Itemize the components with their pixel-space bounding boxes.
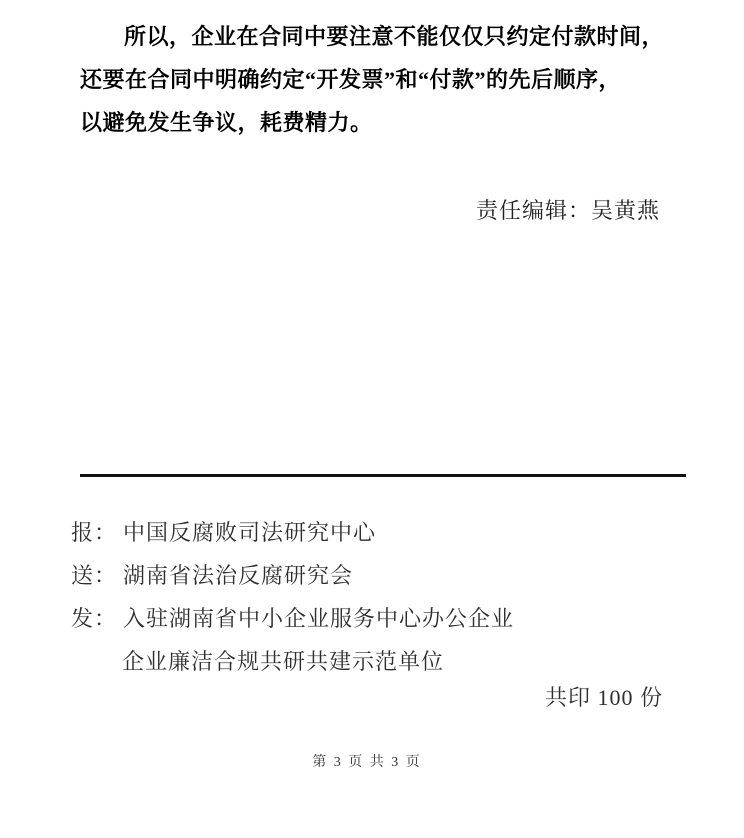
- separator-rule: [80, 474, 686, 477]
- paragraph-line-3: 以避免发生争议，耗费精力。: [80, 101, 662, 144]
- editor-credit: 责任编辑：吴黄燕: [80, 189, 660, 232]
- document-page: 所以，企业在合同中要注意不能仅仅只约定付款时间， 还要在合同中明确约定“开发票”…: [0, 0, 744, 838]
- distribution-prefix: 送：: [71, 554, 117, 597]
- distribution-content: 湖南省法治反腐研究会: [123, 563, 353, 588]
- distribution-line-report: 报：中国反腐败司法研究中心: [71, 511, 671, 554]
- page-number-footer: 第 3 页 共 3 页: [0, 753, 734, 773]
- distribution-list: 报：中国反腐败司法研究中心 送：湖南省法治反腐研究会 发：入驻湖南省中小企业服务…: [71, 511, 671, 683]
- print-count: 共印 100 份: [71, 676, 663, 719]
- distribution-content: 中国反腐败司法研究中心: [123, 520, 376, 545]
- paragraph-line-1: 所以，企业在合同中要注意不能仅仅只约定付款时间，: [80, 15, 662, 58]
- distribution-line-send: 送：湖南省法治反腐研究会: [71, 554, 671, 597]
- distribution-content: 企业廉洁合规共研共建示范单位: [122, 649, 444, 674]
- body-paragraph: 所以，企业在合同中要注意不能仅仅只约定付款时间， 还要在合同中明确约定“开发票”…: [80, 15, 662, 144]
- distribution-prefix: 报：: [71, 511, 117, 554]
- distribution-content: 入驻湖南省中小企业服务中心办公企业: [123, 606, 514, 631]
- distribution-prefix: 发：: [71, 597, 117, 640]
- distribution-line-issue: 发：入驻湖南省中小企业服务中心办公企业: [71, 597, 671, 640]
- paragraph-line-2: 还要在合同中明确约定“开发票”和“付款”的先后顺序，: [80, 58, 662, 101]
